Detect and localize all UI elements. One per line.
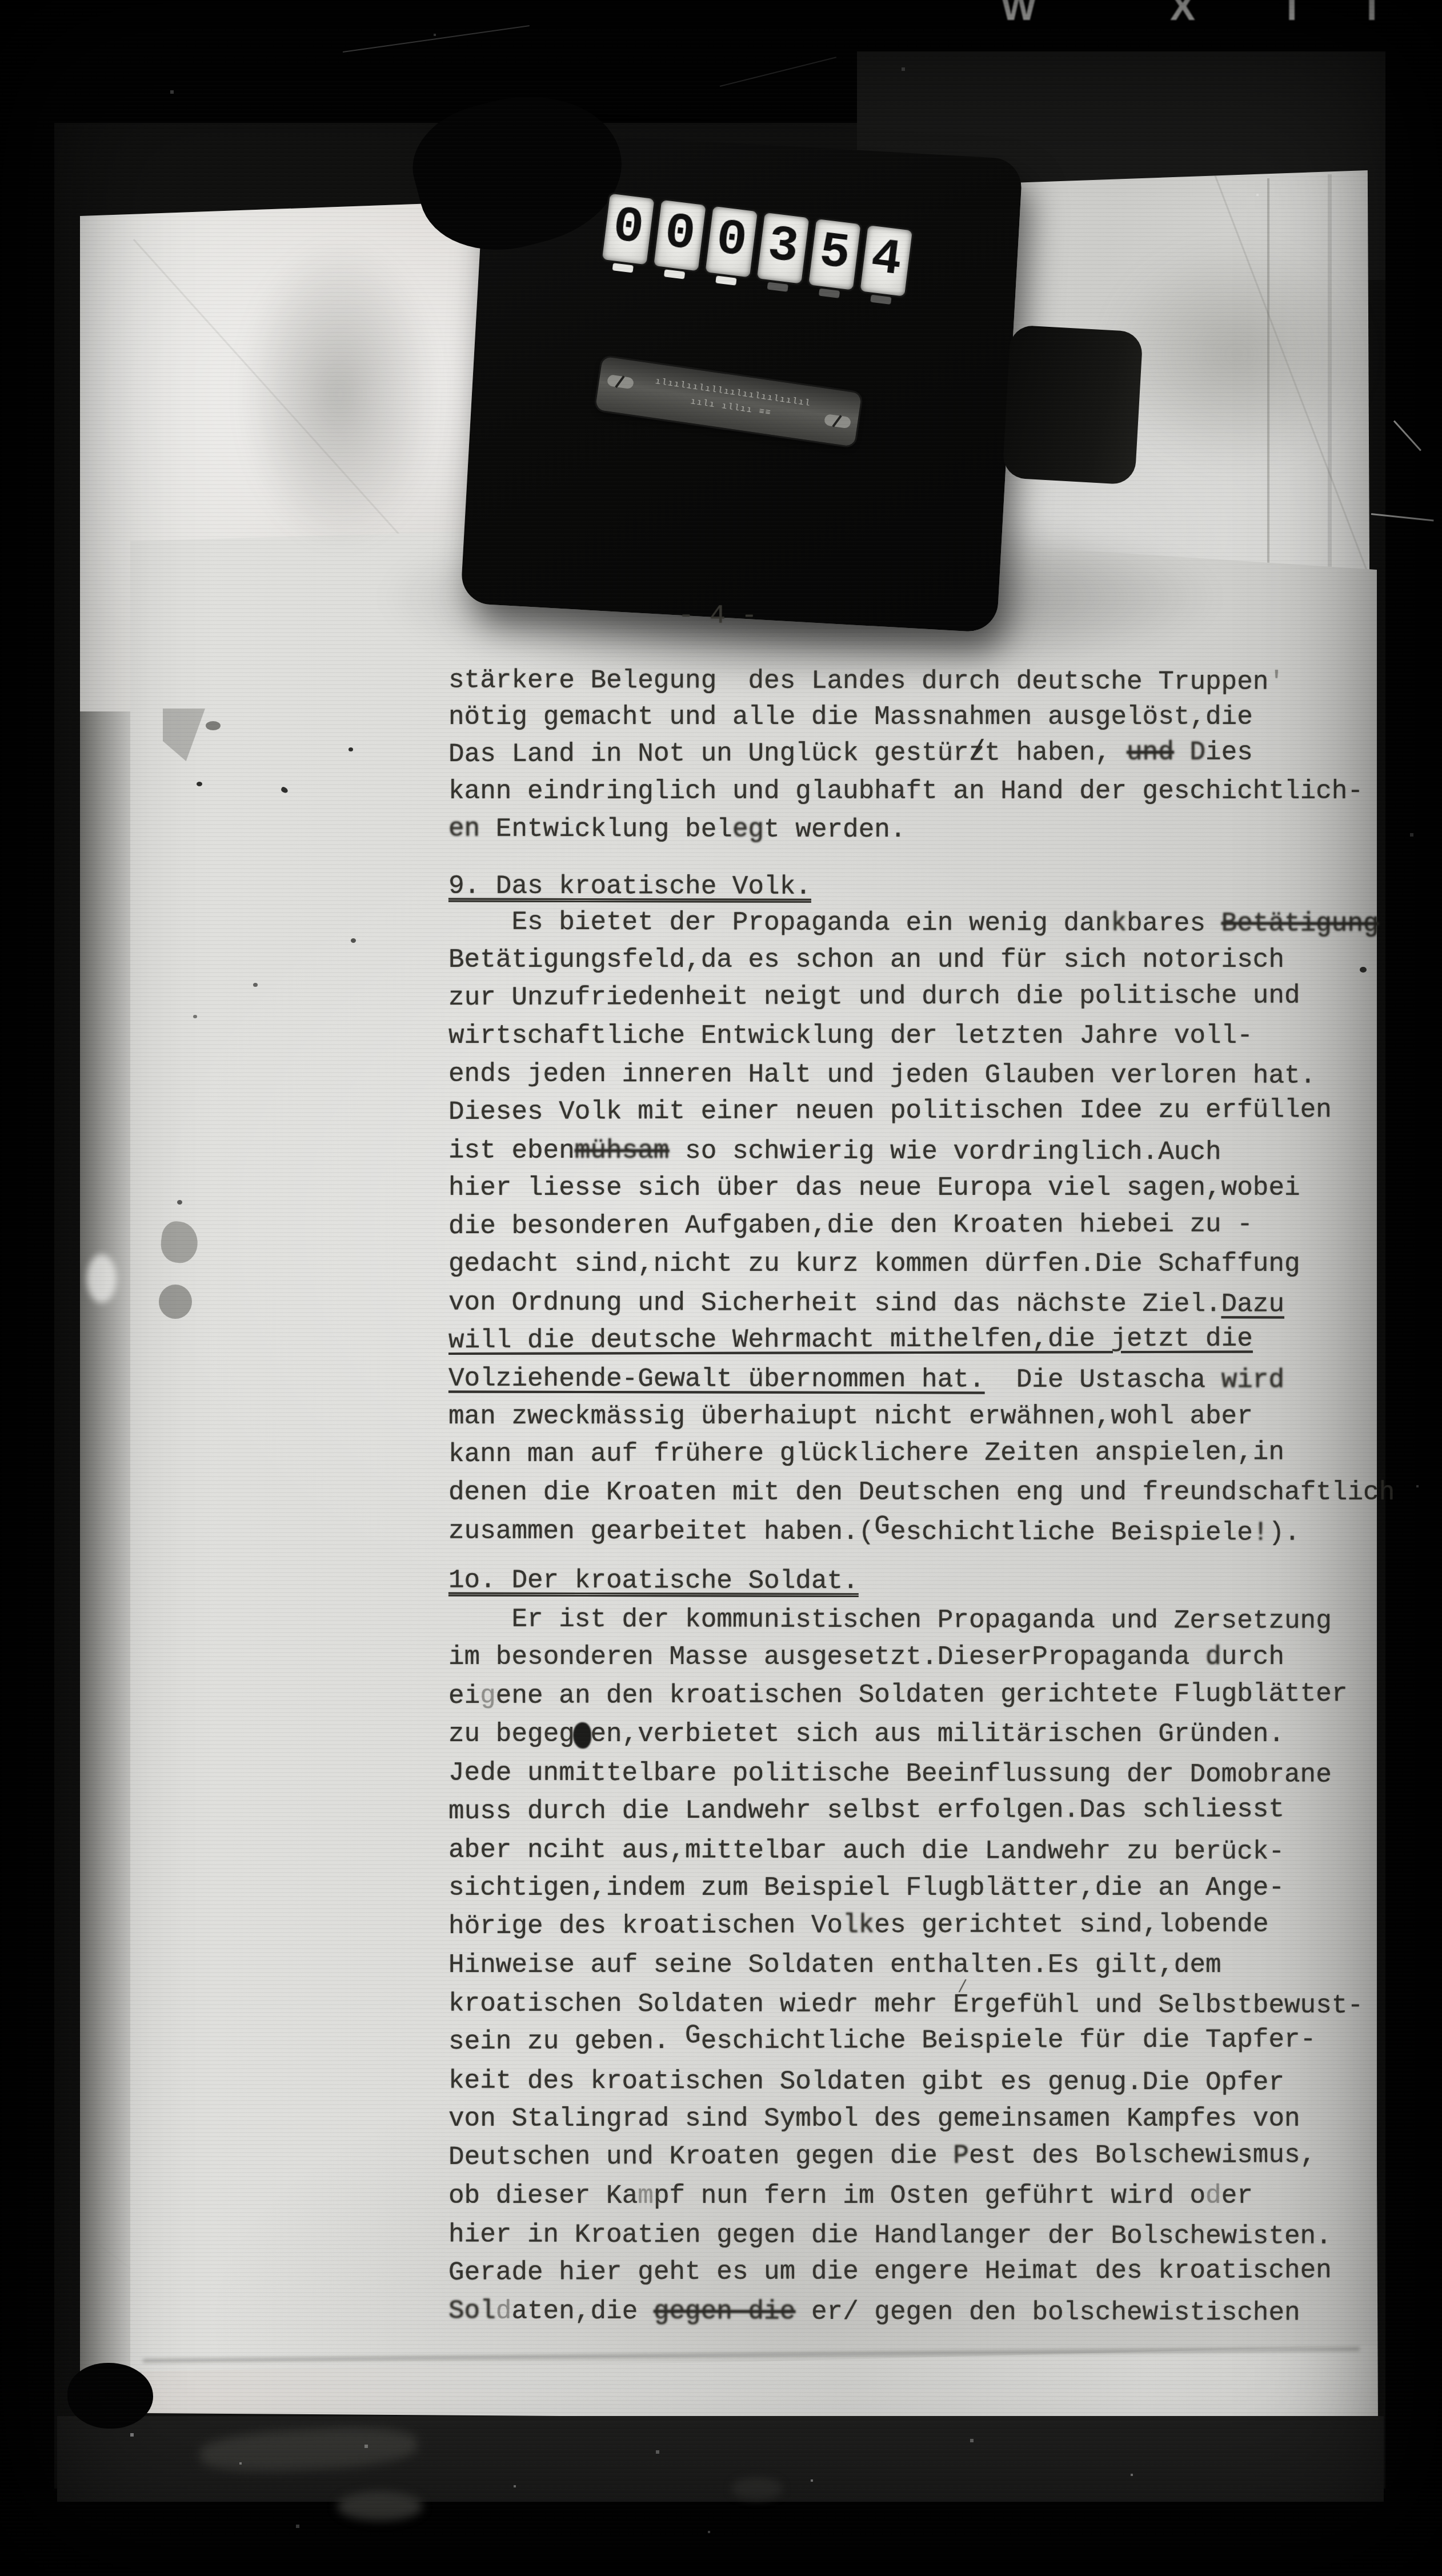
typed-text-segment: so schwierig wie vordringlich.Auch — [669, 1132, 1221, 1171]
typed-text-segment: muss durch die Landwehr selbst erfolgen.… — [448, 1790, 1284, 1830]
typed-text-segment: sichtigen,indem zum Beispiel Flugblätter… — [448, 1869, 1284, 1907]
typed-text-segment: z — [969, 734, 985, 772]
typed-text-segment: D — [1189, 734, 1205, 771]
typed-text-layer: - 4 - stärkere Belegung des Landes durch… — [448, 0, 1397, 2576]
typed-line: wirtschaftliche Entwicklung der letzten … — [448, 1017, 1253, 1055]
typed-text-segment: im besonderen Masse ausgesetzt.DieserPro… — [448, 1638, 1205, 1676]
film-edge-mark: I — [1287, 0, 1297, 29]
typed-text-segment: Dieses Volk mit einer neuen politischen … — [448, 1091, 1332, 1131]
typed-line: Gerade hier geht es um die engere Heimat… — [448, 2251, 1332, 2291]
film-corner-blob — [67, 2363, 153, 2429]
typed-line: Es bietet der Propaganda ein wenig dankb… — [448, 903, 1379, 943]
film-edge-mark: I — [1367, 0, 1377, 29]
typed-text-segment: kroatischen Soldaten wiedr mehr — [448, 1985, 953, 2024]
typed-line: stärkere Belegung des Landes durch deuts… — [448, 662, 1284, 701]
typed-text-segment: t werden. — [764, 811, 906, 849]
typed-text-segment: d — [496, 2293, 512, 2330]
typed-text-segment: ! — [1253, 1514, 1269, 1551]
typed-text-segment: und — [1127, 734, 1174, 771]
typed-line: ends jeden inneren Halt und jeden Glaube… — [448, 1055, 1316, 1095]
typed-line: sichtigen,indem zum Beispiel Flugblätter… — [448, 1869, 1284, 1907]
typed-text-segment: Deutschen und Kroaten gegen die — [448, 2137, 954, 2176]
typed-text-segment: Er ist der kommunistischen Propaganda un… — [448, 1601, 1332, 1640]
typed-text-segment: n — [575, 1715, 591, 1753]
typed-line: ob dieser Kampf nun fern im Osten geführ… — [448, 2177, 1253, 2215]
typed-text-segment: will die deutsche Wehrmacht mithelfen,di… — [448, 1319, 1253, 1359]
typed-line: - 4 - — [678, 597, 757, 635]
typed-line: nötig gemacht und alle die Massnahmen au… — [448, 698, 1253, 736]
typed-text-segment: - 4 - — [678, 597, 757, 635]
typed-text-segment: eg — [732, 811, 764, 849]
typed-text-segment: ies — [1205, 734, 1253, 771]
ink-speck — [253, 983, 258, 987]
typed-text-segment: sein zu geben. — [448, 2022, 685, 2061]
typed-text-segment: hörige des kroatischen Vo — [448, 1907, 843, 1946]
typed-text-segment: er/ gegen den bolschewistischen — [795, 2293, 1300, 2332]
typed-line: aber nciht aus,mittelbar auch die Landwe… — [448, 1831, 1284, 1870]
sheet-edge-highlight — [87, 1254, 117, 1303]
typed-text-segment: ene an den kroatischen Soldaten gerichte… — [496, 1675, 1348, 1715]
typed-text-segment: E — [953, 1986, 969, 2023]
typed-line: 9. Das kroatische Volk. — [448, 867, 811, 906]
stain-blob — [159, 1285, 192, 1319]
typed-text-segment: rgefühl und Selbstbewust- — [969, 1986, 1363, 2024]
typed-text-segment: Jede unmittelbare politische Beeinflussu… — [448, 1754, 1332, 1794]
typed-line: von Ordnung und Sicherheit sind das näch… — [448, 1284, 1284, 1323]
typed-text-segment: von Ordnung und Sicherheit sind das näch… — [448, 1284, 1221, 1323]
typed-line: kroatischen Soldaten wiedr mehr Ergefühl… — [448, 1985, 1363, 2025]
typed-line: kann eindringlich und glaubhaft an Hand … — [448, 773, 1363, 810]
film-edge-mark: X — [1170, 0, 1195, 29]
typed-text-segment: zusammen gearbeitet haben.( — [448, 1512, 874, 1551]
typed-text-segment: k — [1111, 905, 1127, 942]
typed-line: kann man auf frühere glücklichere Zeiten… — [448, 1434, 1284, 1474]
typed-text-segment: es gerichtet sind,lobende — [874, 1906, 1268, 1945]
typed-text-segment: ob dieser Ka — [448, 2177, 638, 2215]
typed-text-segment: ei — [448, 1677, 480, 1714]
typed-text-segment: Sol — [448, 2293, 496, 2330]
typed-line: Volziehende-Gewalt übernommen hat. Die U… — [448, 1360, 1284, 1399]
typed-text-segment: Die Ustascha — [984, 1361, 1221, 1399]
typed-line: Das Land in Not un Unglück gestürzt habe… — [448, 734, 1253, 773]
typed-text-segment: Entwicklung bel — [480, 810, 732, 849]
microfilm-frame: 000354 ılıılıılıllıılıılıılıılıl ıılı ıl… — [0, 0, 1442, 2576]
typed-text-segment: en,verbietet sich aus militärischen Grün… — [590, 1715, 1284, 1753]
typed-text-segment: Betätigungsfeld,da es schon an und für s… — [448, 941, 1284, 979]
typed-text-segment: Das Land in Not un Unglück gestür — [448, 734, 969, 773]
typed-line: Er ist der kommunistischen Propaganda un… — [448, 1601, 1332, 1640]
film-grain-specks — [0, 0, 1, 1]
typed-text-segment: P — [953, 2137, 969, 2175]
typed-text-segment: wird — [1221, 1362, 1285, 1399]
typed-text-segment: Es bietet der Propaganda ein wenig dan — [448, 903, 1111, 942]
typed-text-segment: kann man auf frühere glücklichere Zeiten… — [448, 1434, 1284, 1474]
typed-line: hörige des kroatischen Volkes gerichtet … — [448, 1906, 1269, 1946]
typed-line: Hinweise auf seine Soldaten enthalten.Es… — [448, 1946, 1221, 1984]
typed-text-segment: bares — [1127, 905, 1221, 942]
typed-line: keit des kroatischen Soldaten gibt es ge… — [448, 2062, 1284, 2101]
typed-text-segment: aber nciht aus,mittelbar auch die Landwe… — [448, 1831, 1284, 1870]
typed-line: zu begegnen,verbietet sich aus militäris… — [448, 1715, 1284, 1753]
typed-text-segment: ). — [1268, 1514, 1300, 1551]
film-scratch — [1393, 420, 1421, 451]
typed-text-segment: er — [1221, 2177, 1253, 2215]
typed-line: will die deutsche Wehrmacht mithelfen,di… — [448, 1319, 1253, 1359]
typed-line: eigene an den kroatischen Soldaten geric… — [448, 1675, 1348, 1715]
typed-text-segment: ' — [1268, 663, 1284, 701]
paper-smudge — [240, 240, 440, 549]
ink-speck — [349, 747, 353, 751]
ink-speck — [351, 938, 356, 943]
typed-line: hier liesse sich über das neue Europa vi… — [448, 1169, 1300, 1207]
typed-line: sein zu geben. Geschichtliche Beispiele … — [448, 2021, 1316, 2061]
typed-text-segment: aten,die — [511, 2293, 654, 2331]
typed-line: von Stalingrad sind Symbol des gemeinsam… — [448, 2100, 1300, 2138]
film-edge-mark: W — [1001, 0, 1036, 29]
typed-line: man zweckmässig überhaiupt nicht erwähne… — [448, 1398, 1253, 1435]
typed-text-segment: G — [685, 2017, 701, 2054]
typed-text-segment — [1174, 734, 1190, 771]
typed-line: im besonderen Masse ausgesetzt.DieserPro… — [448, 1638, 1284, 1676]
ink-speck — [193, 1015, 197, 1018]
typed-text-segment: urch — [1221, 1638, 1284, 1676]
typed-line: zusammen gearbeitet haben.(Geschichtlich… — [448, 1512, 1300, 1551]
typed-text-segment: denen die Kroaten mit den Deutschen eng … — [448, 1474, 1395, 1511]
typed-text-segment: m — [638, 2177, 654, 2215]
typed-line: Jede unmittelbare politische Beeinflussu… — [448, 1754, 1332, 1794]
typed-text-segment: Gerade hier geht es um die engere Heimat… — [448, 2251, 1332, 2291]
typed-text-segment: von Stalingrad sind Symbol des gemeinsam… — [448, 2100, 1300, 2138]
typed-text-segment: die besonderen Aufgaben,die den Kroaten … — [448, 1205, 1253, 1245]
typed-text-segment: keit des kroatischen Soldaten gibt es ge… — [448, 2062, 1284, 2101]
ink-speck — [197, 782, 202, 786]
typed-text-segment: wirtschaftliche Entwicklung der letzten … — [448, 1017, 1253, 1055]
typed-text-segment: 1o. Der kroatische Soldat. — [448, 1562, 859, 1601]
typed-text-segment: Dazu — [1221, 1285, 1285, 1323]
typed-text-segment: en — [448, 810, 480, 848]
typed-text-segment: est des Bolschewismus, — [969, 2136, 1316, 2174]
typed-line: zur Unzufriedenheit neigt und durch die … — [448, 977, 1300, 1017]
typed-text-segment: man zweckmässig überhaiupt nicht erwähne… — [448, 1398, 1253, 1435]
typed-line: die besonderen Aufgaben,die den Kroaten … — [448, 1205, 1253, 1245]
typed-text-segment: zu begeg — [448, 1715, 575, 1753]
typed-text-segment: mühsam — [575, 1132, 670, 1170]
typed-line: Soldaten,die gegen die er/ gegen den bol… — [448, 2293, 1300, 2332]
typed-text-segment: stärkere Belegung des Landes durch deuts… — [448, 662, 1269, 701]
typed-text-segment: ist eben — [448, 1131, 575, 1169]
typed-text-segment: lk — [843, 1907, 874, 1945]
typed-line: denen die Kroaten mit den Deutschen eng … — [448, 1474, 1395, 1511]
typed-text-segment: g — [480, 1677, 496, 1714]
typed-text-segment: G — [874, 1507, 890, 1545]
typed-text-segment: zur Unzufriedenheit neigt und durch die … — [448, 977, 1300, 1017]
typed-line: Betätigungsfeld,da es schon an und für s… — [448, 941, 1284, 979]
typed-text-segment: hier in Kroatien gegen die Handlanger de… — [448, 2215, 1332, 2255]
typed-text-segment: Betätigung — [1221, 905, 1379, 943]
typed-text-segment: ends jeden inneren Halt und jeden Glaube… — [448, 1055, 1316, 1095]
typed-text-segment: Hinweise auf seine Soldaten enthalten.Es… — [448, 1946, 1221, 1984]
typed-line: Deutschen und Kroaten gegen die Pest des… — [448, 2136, 1316, 2176]
typed-text-segment: d — [1205, 1638, 1221, 1676]
typed-line: gedacht sind,nicht zu kurz kommen dürfen… — [448, 1245, 1300, 1283]
typed-text-segment: eschichtliche Beispiele — [890, 1513, 1253, 1551]
ink-speck — [177, 1200, 182, 1205]
typed-text-segment: Volziehende-Gewalt übernommen hat. — [448, 1360, 985, 1399]
typed-text-segment: gegen die — [654, 2293, 796, 2331]
typed-line: muss durch die Landwehr selbst erfolgen.… — [448, 1790, 1284, 1830]
typed-text-segment: eschichtliche Beispiele für die Tapfer- — [701, 2021, 1316, 2061]
typed-text-segment: nötig gemacht und alle die Massnahmen au… — [448, 698, 1253, 736]
ink-speck — [206, 721, 221, 730]
typed-line: Dieses Volk mit einer neuen politischen … — [448, 1091, 1332, 1131]
typed-text-segment: hier liesse sich über das neue Europa vi… — [448, 1169, 1300, 1207]
typed-text-segment: d — [1205, 2177, 1221, 2215]
shadow-blob — [337, 2491, 423, 2521]
typed-line: en Entwicklung belegt werden. — [448, 810, 906, 849]
typed-text-segment: t haben, — [984, 734, 1127, 772]
typed-text-segment: pf nun fern im Osten geführt wird o — [654, 2177, 1205, 2215]
typed-line: ist ebenmühsam so schwierig wie vordring… — [448, 1131, 1221, 1171]
typed-text-segment: kann eindringlich und glaubhaft an Hand … — [448, 773, 1363, 810]
typed-line: 1o. Der kroatische Soldat. — [448, 1562, 859, 1601]
typed-line: hier in Kroatien gegen die Handlanger de… — [448, 2215, 1332, 2255]
typed-text-segment: 9. Das kroatische Volk. — [448, 867, 811, 906]
typed-text-segment: gedacht sind,nicht zu kurz kommen dürfen… — [448, 1245, 1300, 1283]
